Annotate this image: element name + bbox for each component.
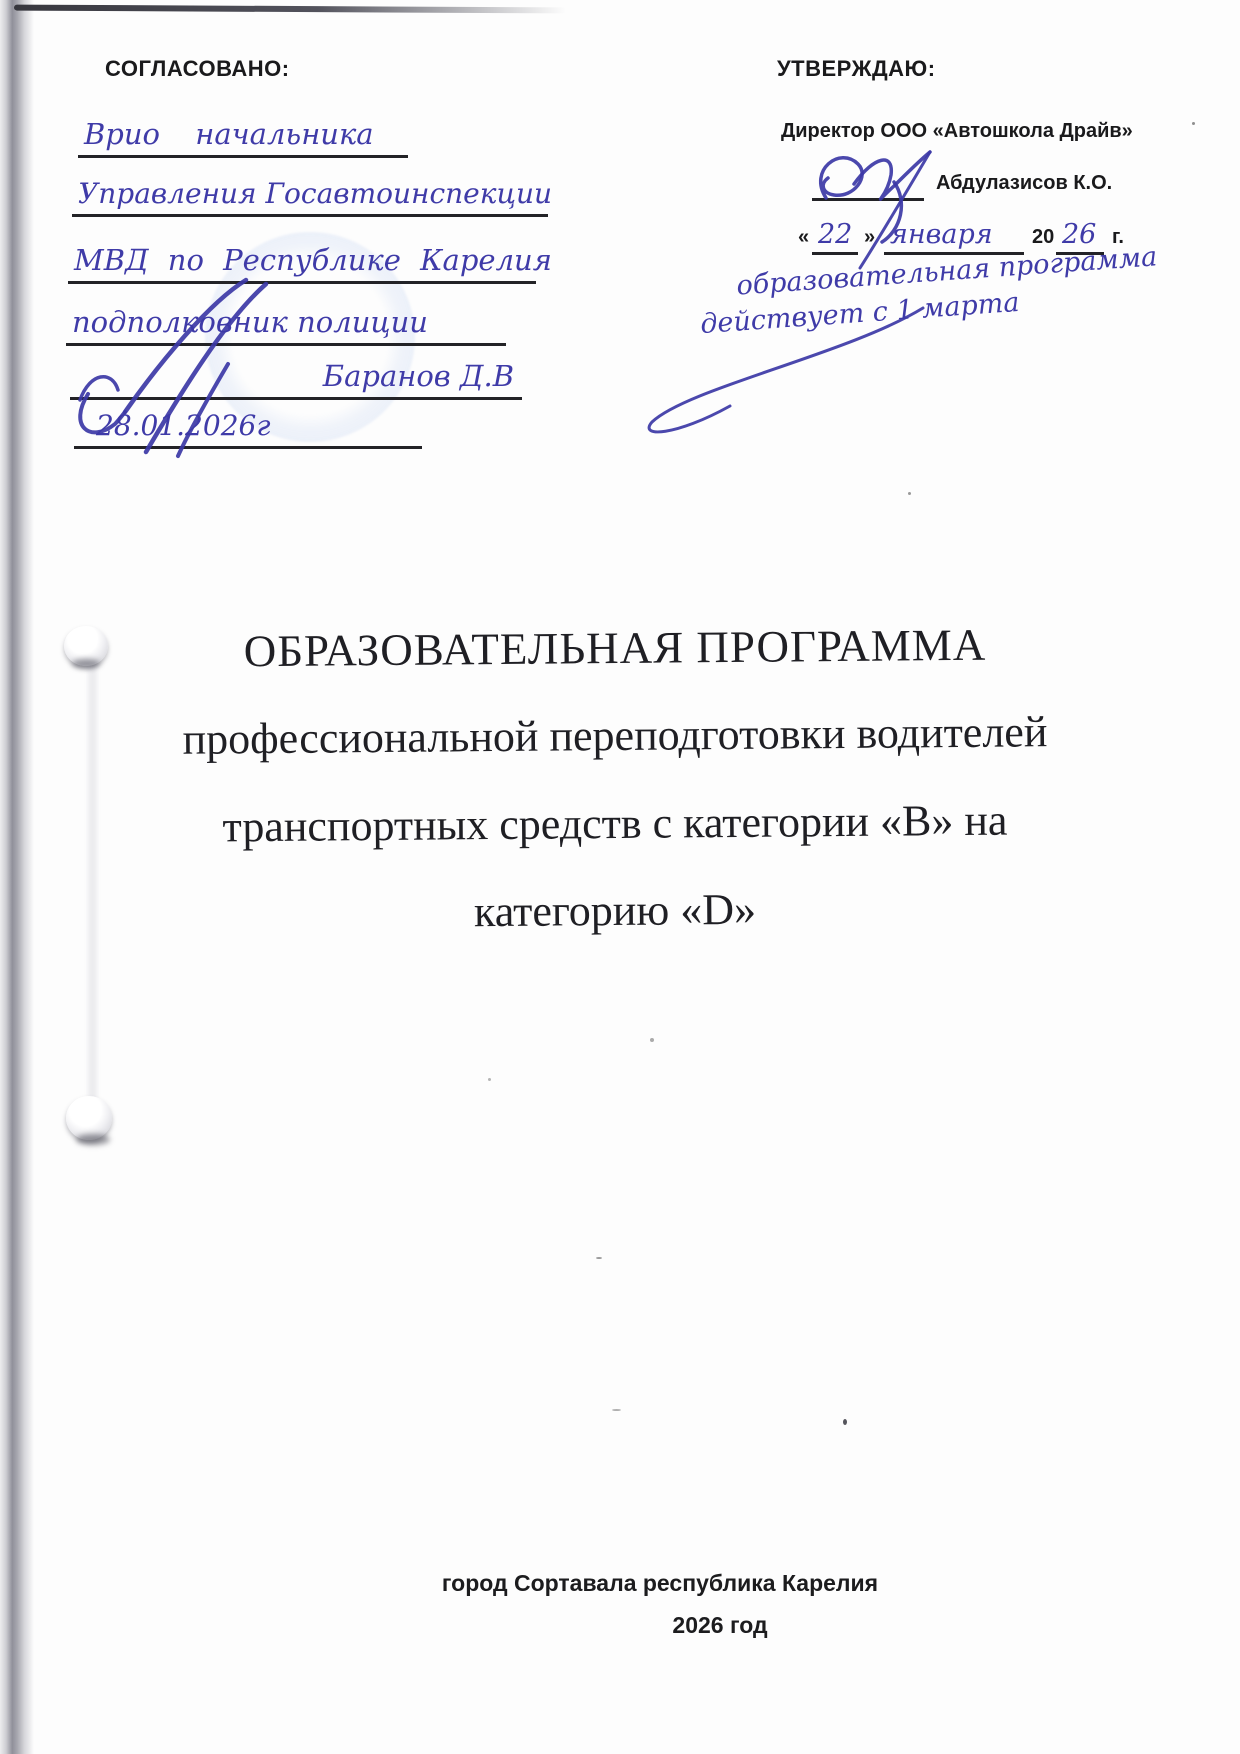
rivet-shadow [76,1134,110,1145]
doc-title-line4: категорию «D» [60,880,1170,941]
scan-speck [488,1078,491,1081]
approval-line: Управления Госавтоинспекции [72,154,548,217]
approver-signature [60,272,320,467]
scan-left-edge [0,0,34,1754]
approval-header: СОГЛАСОВАНО: [105,56,290,82]
doc-title-line2: профессиональной переподготовки водителе… [60,705,1170,766]
scan-speck [1192,122,1195,125]
date-month-line: января [884,214,1024,255]
date-day-line: 22 [812,214,858,255]
note-flourish [618,296,948,446]
approval-line-text: Врио начальника [84,117,374,151]
scan-speck [908,492,911,495]
date-close-quote: » [864,226,875,249]
scan-speck [612,1409,621,1411]
scan-speck [596,1257,602,1259]
footer-year: 2026 год [150,1612,1240,1639]
affirm-header: УТВЕРЖДАЮ: [777,56,936,82]
footer-location: город Сортавала республика Карелия [90,1570,1230,1597]
scan-speck [843,1419,847,1425]
doc-title-line1: ОБРАЗОВАТЕЛЬНАЯ ПРОГРАММА [60,617,1170,679]
date-month: января [890,219,993,250]
approval-line-text: Управления Госавтоинспекции [78,177,552,210]
date-day: 22 [818,219,852,250]
approval-line: Врио начальника [78,95,408,158]
scan-speck [650,1038,654,1042]
date-open-quote: « [798,226,809,249]
scanned-title-page: СОГЛАСОВАНО: Врио начальника Управления … [0,0,1240,1754]
scan-top-edge-line [14,5,566,14]
date-year-prefix: 20 [1032,226,1054,249]
doc-title-line3: транспортных средств с категории «В» на [60,793,1170,854]
